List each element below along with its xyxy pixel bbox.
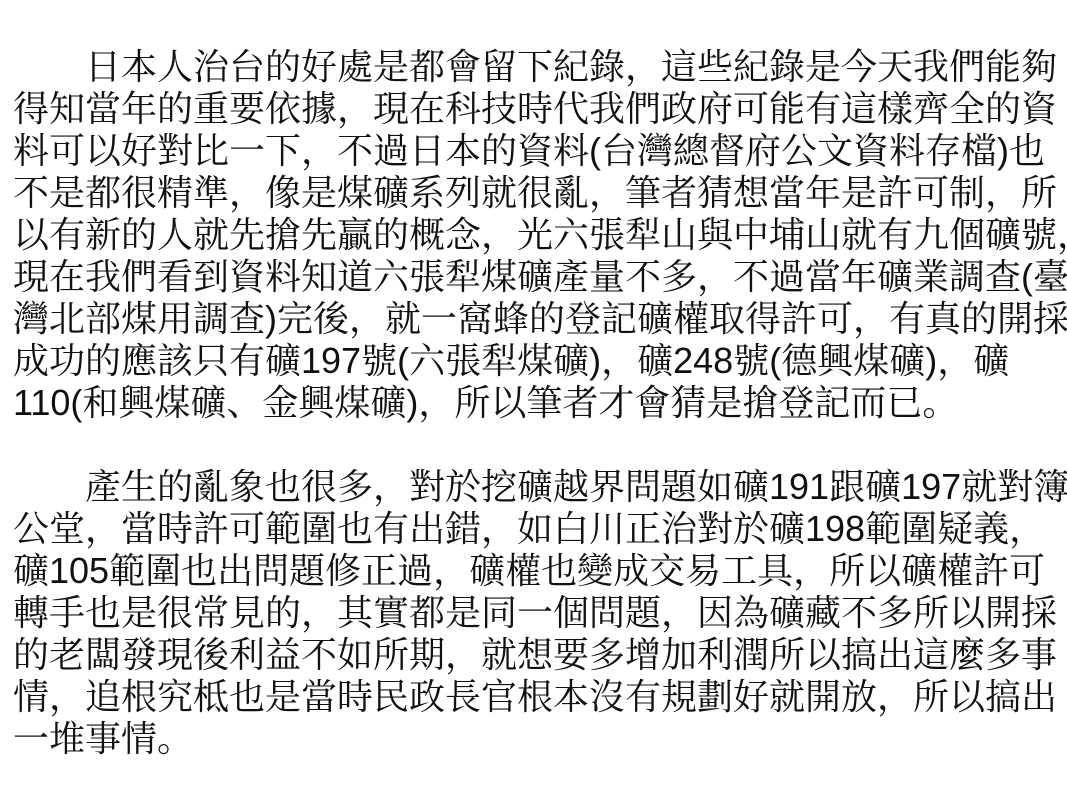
text-line: 不是都很精準，像是煤礦系列就很亂，筆者猜想當年是許可制，所 <box>13 172 1059 214</box>
text-line: 以有新的人就先搶先贏的概念，光六張犁山與中埔山就有九個礦號， <box>13 214 1059 256</box>
text-line: 110(和興煤礦、金興煤礦)，所以筆者才會猜是搶登記而已。 <box>13 382 1059 424</box>
text-line: 的老闆發現後利益不如所期，就想要多增加利潤所以搞出這麼多事 <box>13 634 1059 676</box>
text-line: 產生的亂象也很多，對於挖礦越界問題如礦191跟礦197就對簿 <box>13 466 1059 508</box>
text-line: 得知當年的重要依據，現在科技時代我們政府可能有這樣齊全的資 <box>13 88 1059 130</box>
paragraph-2: 產生的亂象也很多，對於挖礦越界問題如礦191跟礦197就對簿 公堂，當時許可範圍… <box>13 466 1059 760</box>
text-line: 公堂，當時許可範圍也有出錯，如白川正治對於礦198範圍疑義， <box>13 508 1059 550</box>
text-line: 料可以好對比一下，不過日本的資料(台灣總督府公文資料存檔)也 <box>13 130 1059 172</box>
text-line: 灣北部煤用調查)完後，就一窩蜂的登記礦權取得許可，有真的開採 <box>13 298 1059 340</box>
text-slide: 日本人治台的好處是都會留下紀錄，這些紀錄是今天我們能夠 得知當年的重要依據，現在… <box>0 0 1067 800</box>
text-line: 一堆事情。 <box>13 718 1059 760</box>
text-line: 日本人治台的好處是都會留下紀錄，這些紀錄是今天我們能夠 <box>13 46 1059 88</box>
text-line: 礦105範圍也出問題修正過，礦權也變成交易工具，所以礦權許可 <box>13 550 1059 592</box>
text-line: 轉手也是很常見的，其實都是同一個問題，因為礦藏不多所以開採 <box>13 592 1059 634</box>
paragraph-spacer <box>13 424 1059 466</box>
text-line: 情，追根究柢也是當時民政長官根本沒有規劃好就開放，所以搞出 <box>13 676 1059 718</box>
text-line: 成功的應該只有礦197號(六張犁煤礦)，礦248號(德興煤礦)，礦 <box>13 340 1059 382</box>
text-line: 現在我們看到資料知道六張犁煤礦產量不多，不過當年礦業調查(臺 <box>13 256 1059 298</box>
paragraph-1: 日本人治台的好處是都會留下紀錄，這些紀錄是今天我們能夠 得知當年的重要依據，現在… <box>13 46 1059 424</box>
